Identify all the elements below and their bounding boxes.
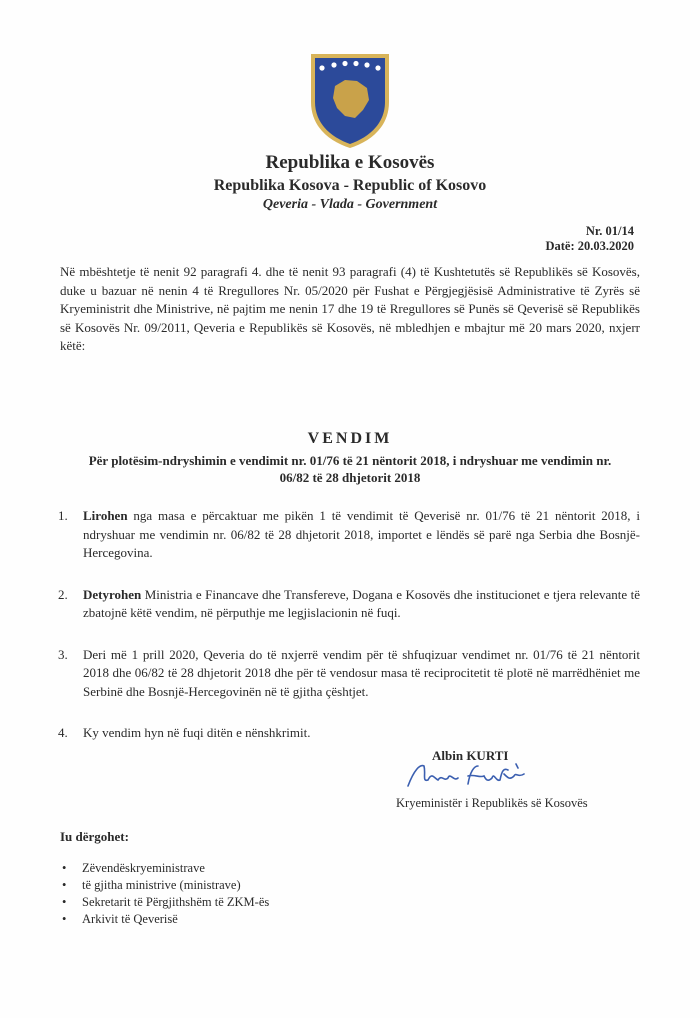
item-number: 3.: [58, 646, 68, 665]
recipients-list: •Zëvendëskryeministrave •të gjitha minis…: [60, 860, 269, 928]
decision-item: 1. Lirohen nga masa e përcaktuar me pikë…: [58, 507, 640, 563]
item-number: 2.: [58, 586, 68, 605]
recipient-item: •Sekretarit të Përgjithshëm të ZKM-ës: [60, 894, 269, 911]
bullet-icon: •: [62, 911, 66, 928]
preamble: Në mbështetje të nenit 92 paragrafi 4. d…: [60, 263, 640, 356]
header-government: Qeveria - Vlada - Government: [0, 197, 700, 213]
handwritten-signature-icon: [404, 760, 534, 792]
bullet-icon: •: [62, 877, 66, 894]
item-text: Ministria e Financave dhe Transfereve, D…: [83, 587, 640, 621]
item-lead: Detyrohen: [83, 587, 141, 602]
decision-items: 1. Lirohen nga masa e përcaktuar me pikë…: [58, 507, 640, 766]
item-text: Deri më 1 prill 2020, Qeveria do të nxje…: [83, 647, 640, 699]
header-country-name: Republika e Kosovës: [0, 152, 700, 174]
decision-item: 3. Deri më 1 prill 2020, Qeveria do të n…: [58, 646, 640, 702]
decision-subtitle: Për plotësim-ndryshimin e vendimit nr. 0…: [80, 452, 620, 486]
recipient-item: •Zëvendëskryeministrave: [60, 860, 269, 877]
decision-title: VENDIM: [0, 430, 700, 448]
item-number: 4.: [58, 724, 68, 743]
decision-item: 4. Ky vendim hyn në fuqi ditën e nënshkr…: [58, 724, 640, 743]
recipients-heading: Iu dërgohet:: [60, 829, 129, 845]
recipient-item: •të gjitha ministrive (ministrave): [60, 877, 269, 894]
signatory-title: Kryeministër i Republikës së Kosovës: [396, 796, 588, 811]
item-text: Ky vendim hyn në fuqi ditën e nënshkrimi…: [83, 725, 310, 740]
kosovo-coat-of-arms-icon: [305, 50, 395, 150]
item-text: nga masa e përcaktuar me pikën 1 të vend…: [83, 508, 640, 560]
bullet-icon: •: [62, 894, 66, 911]
bullet-icon: •: [62, 860, 66, 877]
document-date: Datë: 20.03.2020: [545, 239, 634, 254]
document-number: Nr. 01/14: [545, 224, 634, 239]
recipient-item: •Arkivit të Qeverisë: [60, 911, 269, 928]
header-country-multilingual: Republika Kosova - Republic of Kosovo: [0, 177, 700, 195]
document-refs: Nr. 01/14 Datë: 20.03.2020: [545, 224, 634, 254]
decision-item: 2. Detyrohen Ministria e Financave dhe T…: [58, 586, 640, 623]
item-number: 1.: [58, 507, 68, 526]
item-lead: Lirohen: [83, 508, 128, 523]
